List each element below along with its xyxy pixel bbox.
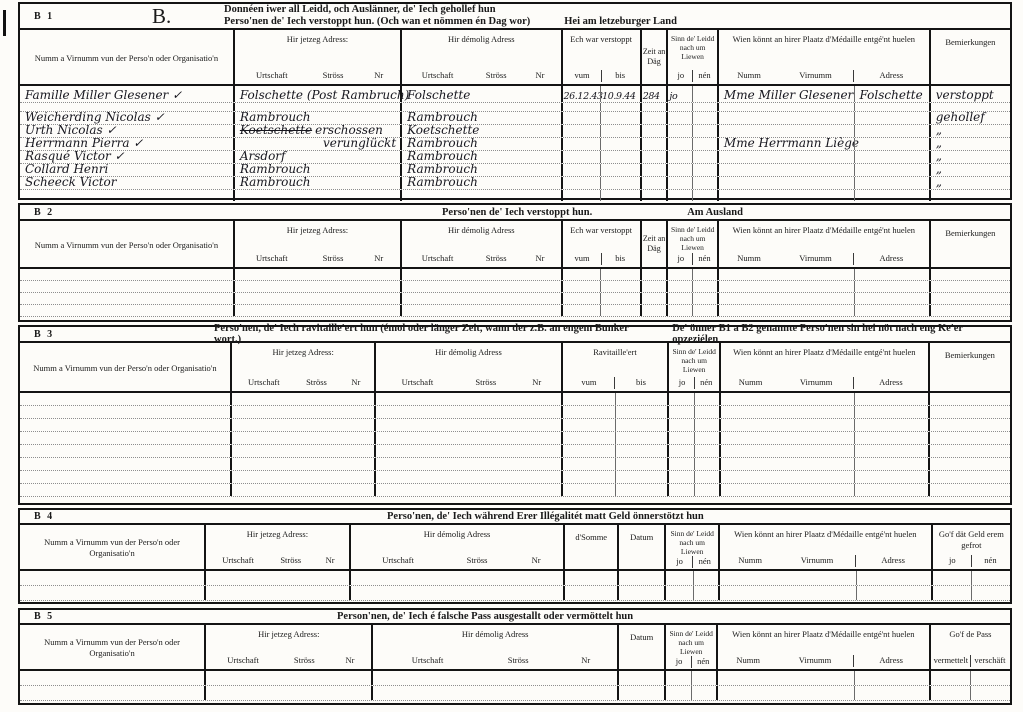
demolig-sublabels: UrtschaftStrössNr (374, 655, 616, 667)
empty-cell (667, 393, 694, 405)
b4-col-medaille: Wien könnt an hirer Plaatz d'Médaille en… (718, 525, 931, 569)
empty-cell (666, 281, 692, 292)
sub-stross: Ströss (308, 70, 359, 82)
empty-cell (233, 305, 400, 316)
empty-cell (666, 305, 692, 316)
empty-cell (617, 586, 665, 600)
empty-cell (693, 571, 718, 585)
b3-col-jetzeg-adress: Hir jetzeg Adress: UrtschaftStrössNr (230, 343, 375, 391)
empty-cell (640, 177, 667, 189)
medaille-sublabels: NummVirnummAdress (719, 655, 928, 667)
b2-column-header: Numm a Virnumm vun der Perso'n oder Orga… (20, 221, 1010, 269)
sub-virnumm: Virnumm (779, 377, 853, 389)
sub-vum: vum (564, 253, 601, 265)
sub-nr: Nr (520, 70, 559, 82)
empty-cell (692, 164, 717, 176)
empty-cell (374, 458, 560, 470)
empty-cell (20, 190, 233, 201)
empty-cell (666, 177, 692, 189)
empty-cell (204, 571, 349, 585)
sinn-label: Sinn de' Leidd nach um Liewen (670, 347, 717, 374)
empty-cell (928, 484, 1010, 496)
empty-cell (854, 151, 929, 163)
b1-title-line2: Perso'nen de' Iech verstoppt hun. (Och w… (224, 16, 530, 27)
sub-jo: jo (670, 377, 693, 389)
bemierkungen-label: Bemierkungen (932, 37, 1009, 48)
empty-cell (929, 281, 1010, 292)
cell-jo: jo (666, 86, 692, 102)
empty-cell (374, 445, 560, 457)
empty-cell (929, 293, 1010, 304)
jetzeg-sublabels: UrtschaftStrössNr (236, 253, 399, 265)
b1-big-letter: B. (152, 4, 224, 29)
empty-cell (692, 190, 717, 201)
hw-medal-numm: Mme Miller Glesener (719, 89, 853, 102)
b3-col-demolig-adress: Hir démolig Adress UrtschaftStrössNr (374, 343, 560, 391)
sinn-sublabels: jonén (667, 556, 716, 568)
sub-urtschaft: Urtschaft (403, 70, 472, 82)
empty-cell (692, 151, 717, 163)
empty-cell (970, 686, 1010, 700)
b1-section-id: B 1 (20, 11, 152, 22)
empty-cell (692, 125, 717, 137)
empty-cell (640, 164, 667, 176)
cell-jetzeg: Rambrouch (233, 177, 400, 189)
empty-cell (854, 269, 929, 280)
empty-cell (374, 419, 560, 431)
sub-vum: vum (564, 70, 601, 82)
b4-title: Perso'nen, de' Iech während Erer Illégal… (387, 511, 704, 522)
medaille-label: Wien könnt an hirer Plaatz d'Médaille en… (720, 225, 928, 236)
empty-cell (230, 471, 375, 483)
empty-cell (640, 125, 667, 137)
empty-cell (719, 484, 854, 496)
empty-cell (717, 190, 854, 201)
b3-title: Perso'nen, de' Iech ravitaille'ert hun (… (214, 323, 656, 345)
empty-cell (600, 281, 640, 292)
cell-nen (692, 86, 717, 102)
empty-cell (666, 293, 692, 304)
b1-col-bemierkungen: Bemierkungen (929, 30, 1010, 84)
sub-bis: bis (601, 70, 639, 82)
name-col-label: Numm a Virnumm vun der Perso'n oder Orga… (21, 240, 232, 251)
empty-cell (717, 305, 854, 316)
empty-cell (716, 671, 854, 685)
sub-virnumm: Virnumm (779, 555, 854, 567)
empty-cell (20, 471, 230, 483)
jetzeg-adress-label: Hir jetzeg Adress: (207, 629, 370, 640)
jetzeg-adress-label: Hir jetzeg Adress: (207, 529, 348, 540)
empty-cell (640, 269, 667, 280)
empty-cell (854, 458, 928, 470)
empty-row (20, 471, 1010, 484)
empty-cell (204, 586, 349, 600)
cell-vum: 26.12.43 (561, 86, 601, 102)
empty-cell (666, 164, 692, 176)
empty-cell (667, 471, 694, 483)
empty-cell (854, 177, 929, 189)
empty-cell (691, 671, 716, 685)
empty-cell (374, 432, 560, 444)
empty-cell (971, 586, 1010, 600)
b3-col-medaille: Wien könnt an hirer Plaatz d'Médaille en… (719, 343, 928, 391)
empty-cell (664, 671, 691, 685)
empty-cell (561, 432, 615, 444)
empty-cell (970, 671, 1010, 685)
sub-bis: bis (614, 377, 666, 389)
empty-cell (204, 671, 371, 685)
sub-adress: Adress (853, 253, 929, 265)
section-b1: B 1 B. Donnéen iwer all Leidd, och Auslä… (18, 2, 1012, 200)
empty-cell (615, 484, 667, 496)
sub-bis: bis (601, 253, 639, 265)
empty-cell (719, 458, 854, 470)
section-b2: B 2 Perso'nen de' Iech verstoppt hun. Am… (18, 203, 1012, 322)
sub-nen: nén (692, 70, 716, 82)
sub-nen: nén (971, 555, 1009, 567)
empty-row (20, 305, 1010, 317)
empty-cell (931, 571, 1010, 585)
empty-cell (691, 686, 716, 700)
hw-demolig-adress: Folschette (402, 89, 470, 102)
cell-jetzeg: Folschette (Post Rambruch) (233, 86, 400, 102)
sub-urtschaft: Urtschaft (377, 377, 457, 389)
empty-cell (640, 138, 667, 150)
sub-nr: Nr (514, 377, 560, 389)
somme-label: d'Somme (566, 532, 615, 543)
jetzeg-adress-label: Hir jetzeg Adress: (236, 34, 399, 45)
empty-cell (928, 445, 1010, 457)
empty-cell (666, 125, 692, 137)
medaille-label: Wien könnt an hirer Plaatz d'Médaille en… (721, 529, 930, 540)
cell-name: Scheeck Victor (20, 177, 233, 189)
sub-nr: Nr (358, 253, 399, 265)
b1-title-lines: Donnéen iwer all Leidd, och Auslänner, d… (224, 4, 677, 28)
empty-cell (717, 164, 854, 176)
empty-cell (20, 586, 204, 600)
hw-vum: 26.12.43 (563, 92, 603, 103)
empty-cell (854, 471, 928, 483)
empty-cell (717, 151, 854, 163)
empty-cell (716, 686, 854, 700)
empty-cell (349, 571, 564, 585)
b1-titlebar: B 1 B. Donnéen iwer all Leidd, och Auslä… (20, 4, 1010, 30)
sub-urtschaft: Urtschaft (207, 555, 269, 567)
empty-cell (692, 293, 717, 304)
sub-urtschaft: Urtschaft (374, 655, 480, 667)
empty-cell (374, 471, 560, 483)
empty-cell (561, 112, 601, 124)
empty-cell (400, 293, 560, 304)
empty-cell (204, 686, 371, 700)
sub-virnumm: Virnumm (778, 70, 853, 82)
empty-cell (717, 281, 854, 292)
sub-adress: Adress (853, 70, 929, 82)
empty-cell (233, 281, 400, 292)
empty-cell (856, 571, 931, 585)
b1-row-famille-miller: Famille Miller Glesener ✓ Folschette (Po… (20, 86, 1010, 103)
sub-verschaft: verschäft (970, 655, 1009, 667)
empty-cell (561, 151, 601, 163)
empty-cell (617, 671, 665, 685)
empty-cell (928, 432, 1010, 444)
hw-jo: jo (668, 92, 677, 103)
scan-edge-artifact (3, 10, 6, 36)
sinn-sublabels: jonén (667, 656, 714, 668)
empty-row (20, 190, 1010, 201)
empty-cell (400, 190, 560, 201)
empty-cell (854, 406, 928, 418)
b1-column-header: Numm a Virnumm vun der Perso'n oder Orga… (20, 30, 1010, 86)
b3-body (20, 393, 1010, 503)
empty-cell (694, 484, 719, 496)
empty-cell (600, 138, 640, 150)
b4-col-name: Numm a Virnumm vun der Perso'n oder Orga… (20, 525, 204, 569)
empty-cell (666, 138, 692, 150)
hw-jetzeg-adress: verunglückt (318, 137, 400, 150)
bemierkungen-label: Bemierkungen (932, 228, 1009, 239)
empty-cell (928, 393, 1010, 405)
demolig-sublabels: UrtschaftStrössNr (377, 377, 559, 389)
empty-cell (233, 293, 400, 304)
empty-cell (856, 586, 931, 600)
b5-col-medaille: Wien könnt an hirer Plaatz d'Médaille en… (716, 625, 929, 669)
b1-col-medaille: Wien könnt an hirer Plaatz d'Médaille en… (717, 30, 929, 84)
hw-bis: 10.9.44 (601, 92, 635, 103)
demolig-sublabels: UrtschaftStrössNr (352, 555, 563, 567)
cell-bemierkung: verstoppt (929, 86, 1010, 102)
datum-label: Datum (620, 532, 664, 543)
empty-cell (929, 305, 1010, 316)
empty-cell (719, 419, 854, 431)
sub-nr: Nr (510, 555, 563, 567)
empty-cell (561, 190, 601, 201)
empty-row (20, 571, 1010, 586)
sinn-label: Sinn de' Leidd nach um Liewen (669, 225, 715, 252)
medaille-sublabels: NummVirnummAdress (721, 555, 930, 567)
gof-pass-label: Go'f de Pass (932, 629, 1009, 640)
empty-cell (692, 138, 717, 150)
empty-row (20, 419, 1010, 432)
sinn-label: Sinn de' Leidd nach um Liewen (667, 629, 714, 656)
gof-geld-label: Go'f dät Geld erem gefrot (934, 529, 1009, 550)
empty-row (20, 484, 1010, 497)
sub-jo: jo (669, 253, 692, 265)
empty-cell (640, 190, 667, 201)
empty-cell (667, 419, 694, 431)
empty-cell (854, 484, 928, 496)
b4-col-datum: Datum (617, 525, 665, 569)
empty-cell (692, 177, 717, 189)
sub-virnumm: Virnumm (777, 655, 852, 667)
empty-cell (615, 432, 667, 444)
sub-nr: Nr (313, 555, 348, 567)
sub-vum: vum (564, 377, 615, 389)
cell-demolig: Rambrouch (400, 177, 560, 189)
empty-cell (667, 445, 694, 457)
b1-col-jetzeg-adress: Hir jetzeg Adress: UrtschaftStrössNr (233, 30, 400, 84)
hw-zeit: 284 (642, 92, 660, 103)
empty-cell (692, 269, 717, 280)
empty-cell (600, 190, 640, 201)
empty-cell (854, 305, 929, 316)
cell-bis: 10.9.44 (600, 86, 640, 102)
empty-cell (20, 671, 204, 685)
hw-jetzeg-struck: Koetschette (235, 124, 312, 137)
hw-name: Famille Miller Glesener ✓ (20, 89, 182, 102)
empty-cell (640, 103, 667, 111)
empty-cell (719, 445, 854, 457)
empty-cell (694, 419, 719, 431)
b2-col-demolig-adress: Hir démolig Adress UrtschaftStrössNr (400, 221, 560, 267)
verstoppt-sublabels: vumbis (564, 253, 639, 265)
hw-name: Scheeck Victor (20, 176, 116, 189)
empty-cell (615, 445, 667, 457)
b1-title-line2-right: Hei am letzeburger Land (564, 16, 677, 27)
verstoppt-label: Ech war verstoppt (564, 34, 639, 45)
cell-medal-numm: Mme Herrmann Liège (717, 138, 854, 150)
sub-numm: Numm (720, 70, 778, 82)
medaille-label: Wien könnt an hirer Plaatz d'Médaille en… (720, 34, 928, 45)
empty-cell (666, 269, 692, 280)
b1-col-sinn: Sinn de' Leidd nach um Liewen jonén (666, 30, 716, 84)
b1-col-demolig-adress: Hir démolig Adress UrtschaftStrössNr (400, 30, 560, 84)
empty-cell (561, 293, 601, 304)
sub-urtschaft: Urtschaft (403, 253, 472, 265)
b2-col-medaille: Wien könnt an hirer Plaatz d'Médaille en… (717, 221, 929, 267)
empty-cell (561, 393, 615, 405)
empty-cell (561, 305, 601, 316)
empty-row (20, 445, 1010, 458)
empty-cell (719, 471, 854, 483)
empty-cell (600, 293, 640, 304)
b3-column-header: Numm a Virnumm vun der Perso'n oder Orga… (20, 343, 1010, 393)
sub-nen: nén (694, 377, 718, 389)
b4-section-id: B 4 (20, 511, 152, 522)
b5-body (20, 671, 1010, 703)
b1-row-urth: Urth Nicolas ✓ Koetschetteerschossen Koe… (20, 125, 1010, 138)
empty-cell (615, 406, 667, 418)
empty-row (20, 269, 1010, 281)
jetzeg-sublabels: UrtschaftStrössNr (233, 377, 374, 389)
empty-cell (717, 103, 854, 111)
empty-cell (664, 586, 693, 600)
empty-cell (20, 293, 233, 304)
b5-titlebar: B 5 Person'nen, de' Iech é falsche Pass … (20, 610, 1010, 625)
jetzeg-adress-label: Hir jetzeg Adress: (233, 347, 374, 358)
sub-virnumm: Virnumm (778, 253, 853, 265)
empty-cell (929, 686, 1010, 700)
sinn-sublabels: jonén (669, 70, 715, 82)
empty-row (20, 293, 1010, 305)
empty-cell (561, 471, 615, 483)
b3-titlebar: B 3 Perso'nen, de' Iech ravitaille'ert h… (20, 327, 1010, 343)
sub-adress: Adress (853, 655, 929, 667)
b4-col-sinn: Sinn de' Leidd nach um Liewen jonén (664, 525, 717, 569)
empty-cell (640, 305, 667, 316)
empty-cell (694, 432, 719, 444)
b2-body (20, 269, 1010, 320)
empty-cell (20, 432, 230, 444)
empty-cell (561, 164, 601, 176)
sinn-sublabels: jonén (669, 253, 715, 265)
sub-adress: Adress (853, 377, 928, 389)
empty-cell (20, 393, 230, 405)
empty-cell (561, 458, 615, 470)
sub-numm: Numm (719, 655, 777, 667)
empty-cell (640, 293, 667, 304)
b5-col-name: Numm a Virnumm vun der Perso'n oder Orga… (20, 625, 204, 669)
empty-cell (931, 671, 970, 685)
scanned-form-page: B 1 B. Donnéen iwer all Leidd, och Auslä… (0, 0, 1023, 712)
b1-col-zeit: Zeit an Däg (640, 30, 667, 84)
zeit-label: Zeit an Däg (642, 234, 667, 254)
b4-body (20, 571, 1010, 602)
sub-stross: Ströss (481, 655, 556, 667)
empty-cell (719, 406, 854, 418)
empty-cell (615, 458, 667, 470)
section-b5: B 5 Person'nen, de' Iech é falsche Pass … (18, 608, 1012, 705)
empty-cell (617, 686, 665, 700)
medaille-sublabels: NummVirnummAdress (720, 70, 928, 82)
b5-section-id: B 5 (20, 611, 152, 622)
sub-urtschaft: Urtschaft (207, 655, 279, 667)
b5-column-header: Numm a Virnumm vun der Perso'n oder Orga… (20, 625, 1010, 671)
sinn-sublabels: jonén (670, 377, 717, 389)
empty-cell (20, 445, 230, 457)
b4-col-somme: d'Somme (563, 525, 616, 569)
sub-stross: Ströss (472, 70, 520, 82)
empty-cell (693, 586, 718, 600)
empty-cell (230, 458, 375, 470)
b3-section-id: B 3 (20, 329, 152, 340)
empty-cell (20, 571, 204, 585)
empty-cell (933, 571, 971, 585)
demolig-adress-label: Hir démolig Adress (377, 347, 559, 358)
b5-col-sinn: Sinn de' Leidd nach um Liewen jonén (664, 625, 715, 669)
b5-title: Person'nen, de' Iech é falsche Pass ausg… (337, 611, 633, 622)
empty-cell (371, 671, 617, 685)
empty-cell (600, 112, 640, 124)
sub-stross: Ströss (269, 555, 313, 567)
empty-cell (854, 103, 929, 111)
sub-vermettelt: vermettelt (932, 655, 970, 667)
empty-cell (694, 393, 719, 405)
empty-cell (374, 484, 560, 496)
empty-cell (928, 419, 1010, 431)
medaille-sublabels: NummVirnummAdress (722, 377, 927, 389)
b2-subtitle: Am Ausland (687, 207, 743, 218)
gof-sublabels: jonén (934, 555, 1009, 567)
hw-bemierkung: „ (931, 176, 942, 189)
empty-cell (692, 103, 717, 111)
empty-cell (561, 484, 615, 496)
b3-col-bemierkungen: Bemierkungen (928, 343, 1010, 391)
name-col-label: Numm a Virnumm vun der Perso'n oder Orga… (21, 53, 232, 64)
zeit-label: Zeit an Däg (642, 47, 667, 67)
empty-cell (20, 419, 230, 431)
empty-row (20, 586, 1010, 601)
b2-col-bemierkungen: Bemierkungen (929, 221, 1010, 267)
empty-cell (666, 190, 692, 201)
b3-col-name: Numm a Virnumm vun der Perso'n oder Orga… (20, 343, 230, 391)
b4-col-gof-geld: Go'f dät Geld erem gefrot jonén (931, 525, 1010, 569)
empty-cell (667, 406, 694, 418)
empty-cell (718, 586, 856, 600)
jetzeg-adress-label: Hir jetzeg Adress: (236, 225, 399, 236)
sub-nr: Nr (556, 655, 616, 667)
empty-cell (666, 151, 692, 163)
